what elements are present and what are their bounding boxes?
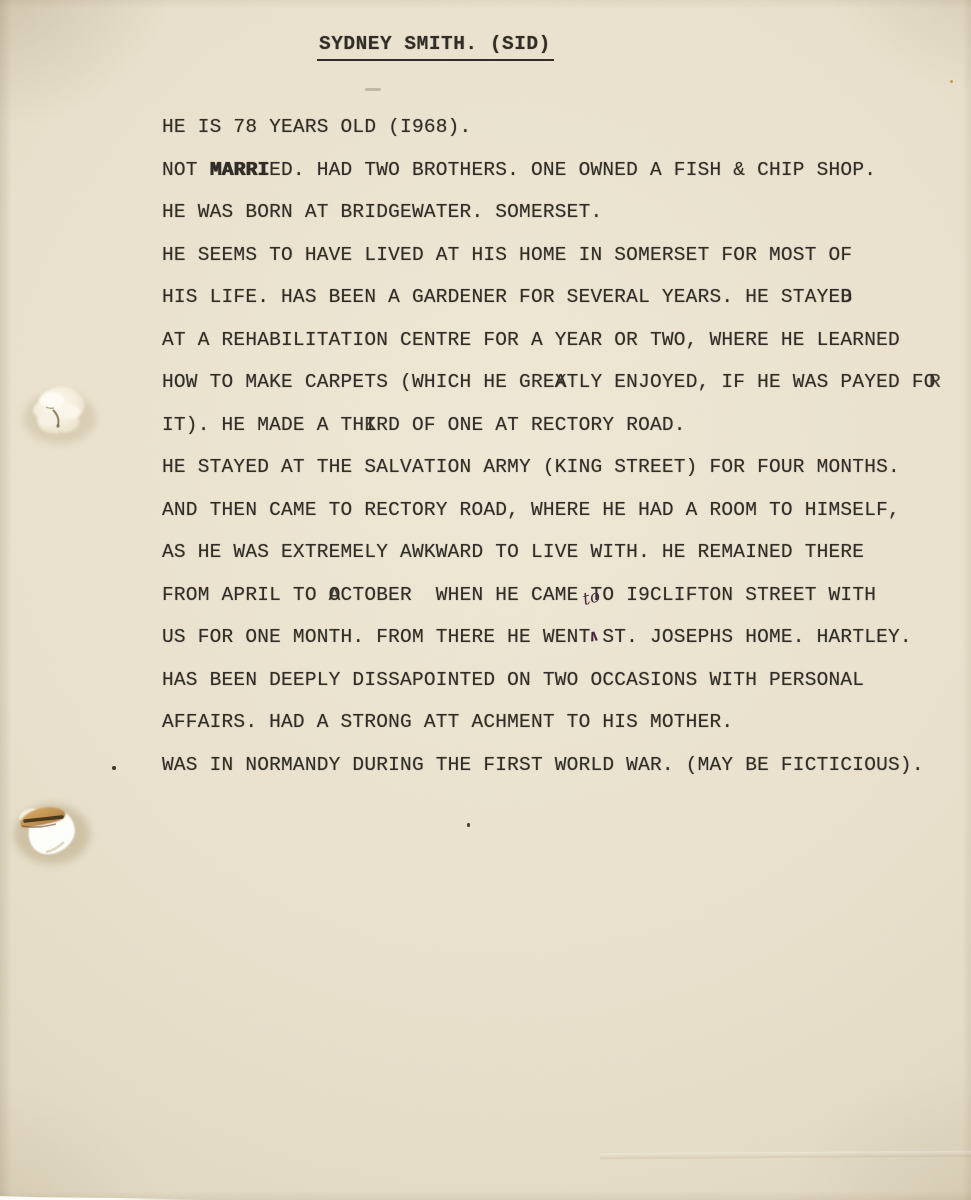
- typed-line: HAS BEEN DEEPLY DISSAPOINTED ON TWO OCCA…: [162, 659, 936, 702]
- scan-backing-sliver: [0, 1194, 210, 1200]
- torn-punch-hole-bottom: [0, 772, 110, 882]
- typed-line: NOT MARRIED. HAD TWO BROTHERS. ONE OWNED…: [162, 149, 936, 192]
- typed-line: HE WAS BORN AT BRIDGEWATER. SOMERSET.: [162, 191, 936, 234]
- overstrike-character: K: [364, 404, 376, 447]
- typed-line: AND THEN CAME TO RECTORY ROAD, WHERE HE …: [162, 489, 936, 532]
- typed-line: HIS LIFE. HAS BEEN A GARDENER FOR SEVERA…: [162, 276, 936, 319]
- typed-line: AS HE WAS EXTREMELY AWKWARD TO LIVE WITH…: [162, 531, 936, 574]
- ink-smudge: [365, 88, 381, 91]
- paper-crease: [600, 1151, 971, 1160]
- scanned-typewritten-page: SYDNEY SMITH. (SID) HE IS 78 YEARS OLD (…: [0, 0, 971, 1200]
- paper-speck: [112, 766, 116, 770]
- typed-line: HE SEEMS TO HAVE LIVED AT HIS HOME IN SO…: [162, 234, 936, 277]
- typed-line: HE IS 78 YEARS OLD (I968).: [162, 106, 936, 149]
- typed-line: FROM APRIL TO OACTOBER WHEN HE CAME TO I…: [162, 574, 936, 617]
- overstrike-character: A: [329, 574, 341, 617]
- typed-line: AFFAIRS. HAD A STRONG ATT ACHMENT TO HIS…: [162, 701, 936, 744]
- typed-line: US FOR ONE MONTH. FROM THERE HE WENT ∧to…: [162, 616, 936, 659]
- paper-speck: [950, 80, 953, 83]
- overstrike-character: R: [929, 361, 941, 404]
- torn-punch-hole-top: [8, 360, 108, 460]
- insertion-caret-mark: ∧: [588, 628, 600, 645]
- overstrike-character: X: [555, 361, 567, 404]
- document-title: SYDNEY SMITH. (SID): [317, 33, 554, 61]
- typed-line: WAS IN NORMANDY DURING THE FIRST WORLD W…: [162, 744, 936, 787]
- typed-line: IT). HE MADE A THIRKD OF ONE AT RECTORY …: [162, 404, 936, 447]
- typed-line: AT A REHABILITATION CENTRE FOR A YEAR OR…: [162, 319, 936, 362]
- typed-line: HOW TO MAKE CARPETS (WHICH HE GREAXTLY E…: [162, 361, 936, 404]
- overstrike-character: B: [840, 276, 852, 319]
- typewritten-body: HE IS 78 YEARS OLD (I968).NOT MARRIED. H…: [162, 106, 936, 786]
- typed-line: HE STAYED AT THE SALVATION ARMY (KING ST…: [162, 446, 936, 489]
- paper-speck: [467, 823, 470, 827]
